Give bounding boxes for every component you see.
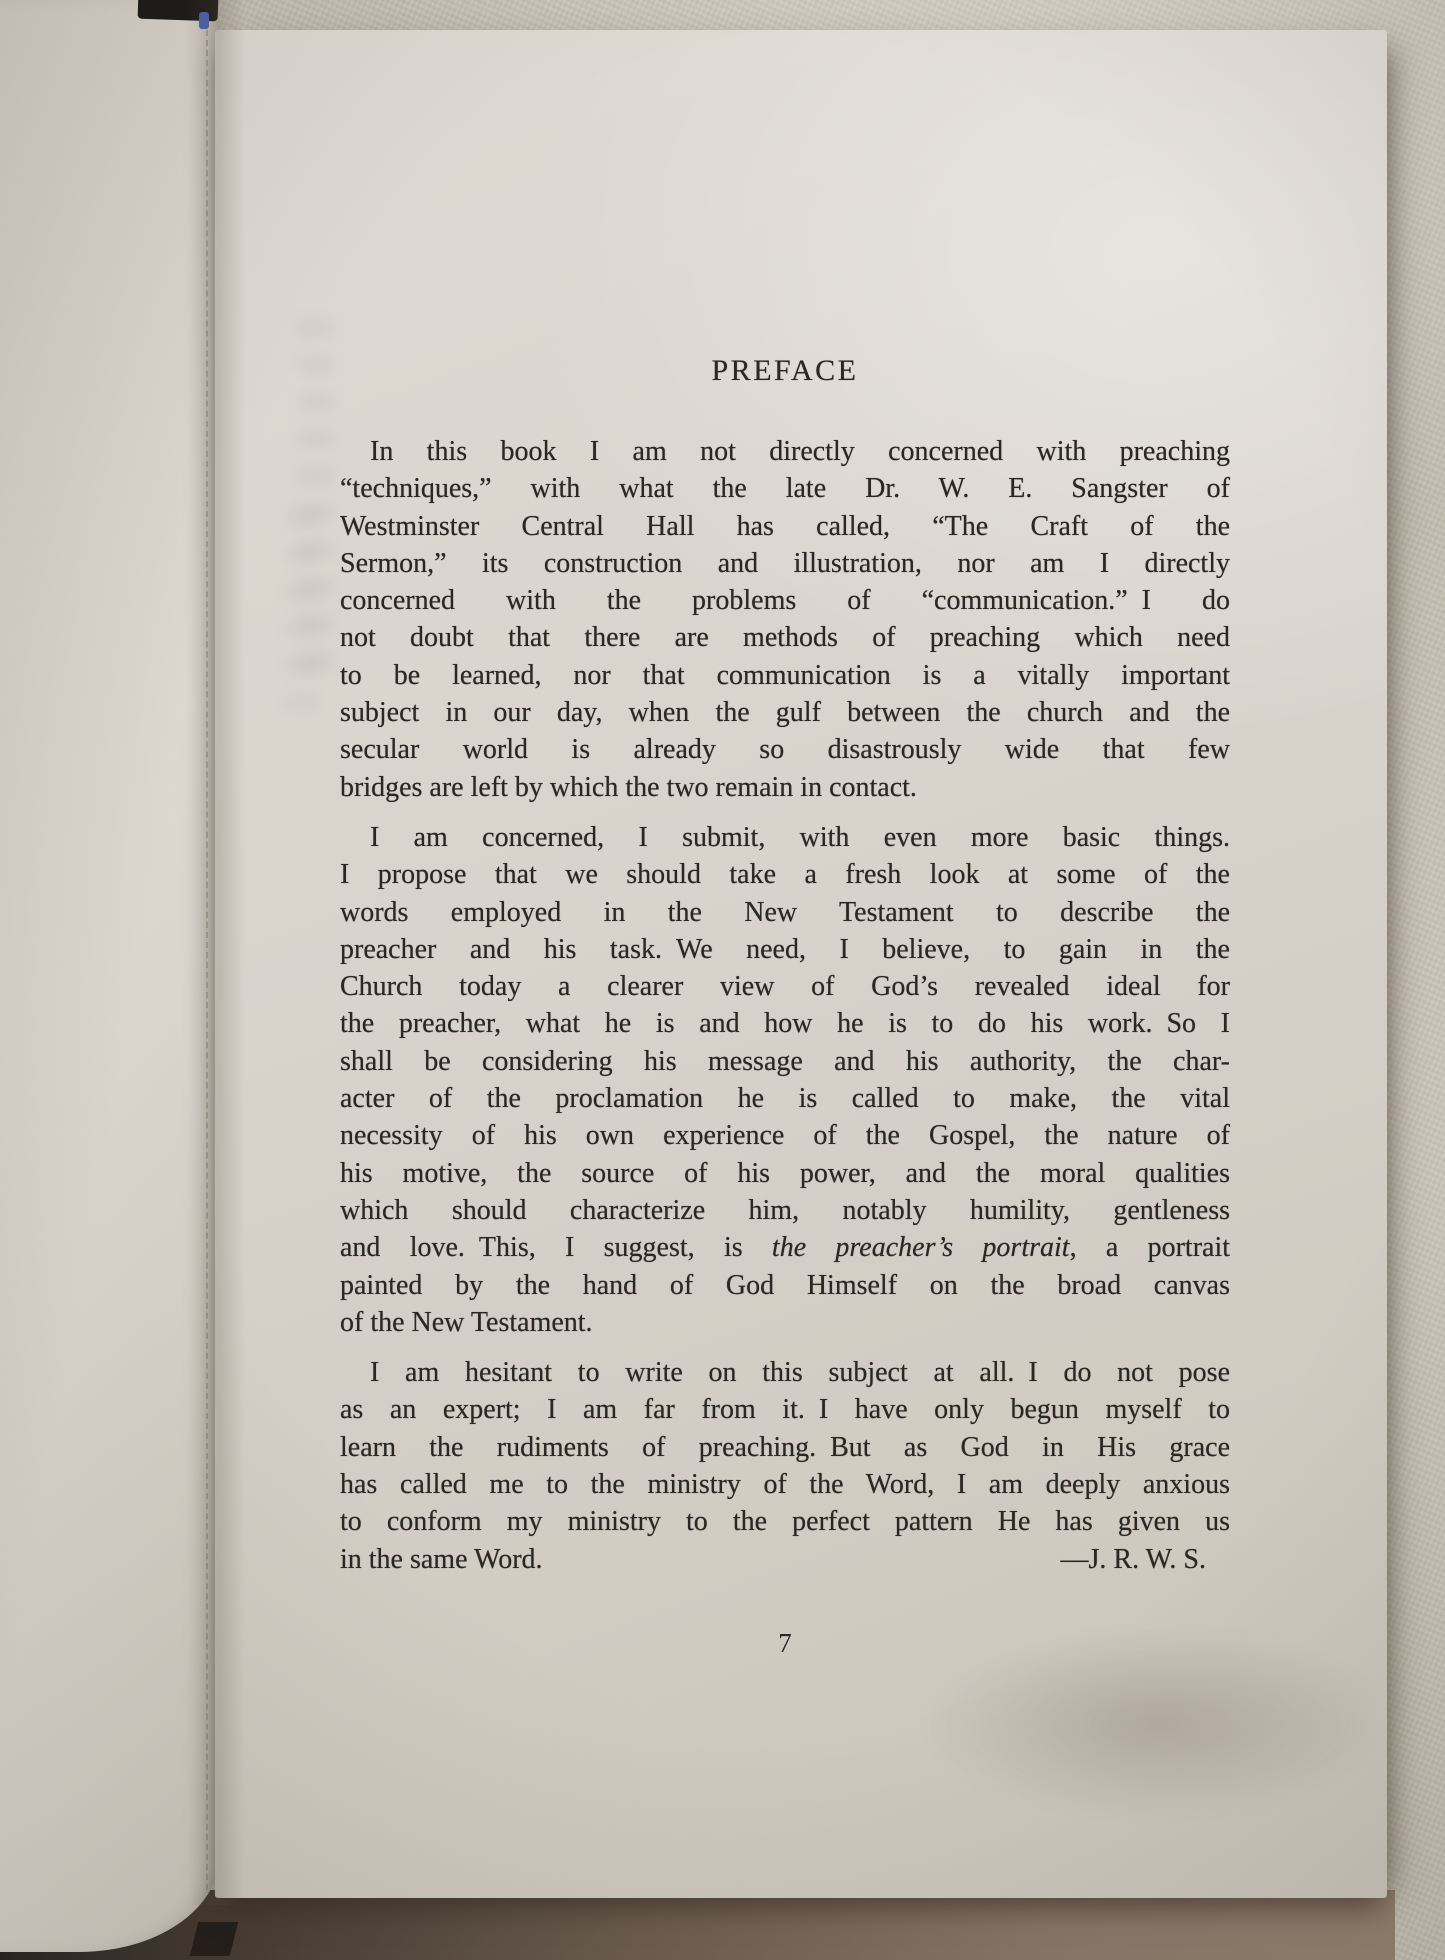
text-segment: which should characterize him, notably h… — [340, 1195, 1230, 1226]
text-line: learn the rudiments of preaching. But as… — [340, 1429, 1230, 1466]
text-segment: acter of the proclamation he is called t… — [340, 1083, 1230, 1114]
italic-phrase: the preacher’s portrait — [772, 1232, 1070, 1263]
text-segment: as an expert; I am far from it. I have o… — [340, 1394, 1230, 1425]
text-segment: necessity of his own experience of the G… — [340, 1120, 1230, 1151]
text-segment: painted by the hand of God Himself on th… — [340, 1270, 1230, 1301]
text-segment: and love. This, I suggest, is — [340, 1232, 772, 1263]
text-line: to conform my ministry to the perfect pa… — [340, 1503, 1230, 1540]
text-segment: I am hesitant to write on this subject a… — [370, 1357, 1230, 1388]
text-line: as an expert; I am far from it. I have o… — [340, 1391, 1230, 1428]
paragraph: I am concerned, I submit, with even more… — [340, 819, 1230, 1341]
text-segment: words employed in the New Testament to d… — [340, 897, 1230, 928]
headband-blue-speck — [199, 12, 209, 29]
text-line: Church today a clearer view of God’s rev… — [340, 968, 1230, 1005]
preface-text: In this book I am not directly concerned… — [340, 433, 1230, 1578]
text-segment: preacher and his task. We need, I believ… — [340, 934, 1230, 965]
text-line: acter of the proclamation he is called t… — [340, 1080, 1230, 1117]
text-line: necessity of his own experience of the G… — [340, 1117, 1230, 1154]
text-line: of the New Testament. — [340, 1304, 1230, 1341]
text-line: secular world is already so disastrously… — [340, 731, 1230, 768]
text-segment: Church today a clearer view of God’s rev… — [340, 971, 1230, 1002]
text-segment: bridges are left by which the two remain… — [340, 772, 917, 803]
text-line: Westminster Central Hall has called, “Th… — [340, 508, 1230, 545]
author-initials: —J. R. W. S. — [1061, 1541, 1207, 1578]
text-line: subject in our day, when the gulf betwee… — [340, 694, 1230, 731]
text-line: I am concerned, I submit, with even more… — [340, 819, 1230, 856]
paragraph: I am hesitant to write on this subject a… — [340, 1354, 1230, 1578]
text-segment: , a portrait — [1070, 1232, 1230, 1263]
text-line: shall be considering his message and his… — [340, 1043, 1230, 1080]
scene: PREFACE In this book I am not directly c… — [0, 0, 1445, 1960]
text-segment: has called me to the ministry of the Wor… — [340, 1469, 1230, 1500]
binding-stitches — [206, 30, 208, 1890]
text-line: his motive, the source of his power, and… — [340, 1155, 1230, 1192]
text-block: PREFACE In this book I am not directly c… — [340, 30, 1230, 1898]
text-line: and love. This, I suggest, is the preach… — [340, 1229, 1230, 1266]
text-line: I am hesitant to write on this subject a… — [340, 1354, 1230, 1391]
text-segment: not doubt that there are methods of prea… — [340, 622, 1230, 653]
page-title: PREFACE — [340, 30, 1230, 390]
text-line: bridges are left by which the two remain… — [340, 769, 1230, 806]
text-line: the preacher, what he is and how he is t… — [340, 1005, 1230, 1042]
text-segment: I am concerned, I submit, with even more… — [370, 822, 1230, 853]
text-segment: I propose that we should take a fresh lo… — [340, 859, 1230, 890]
text-segment: secular world is already so disastrously… — [340, 734, 1230, 765]
text-line: which should characterize him, notably h… — [340, 1192, 1230, 1229]
text-line: —J. R. W. S.in the same Word. — [340, 1541, 1230, 1578]
text-line: I propose that we should take a fresh lo… — [340, 856, 1230, 893]
text-line: concerned with the problems of “communic… — [340, 582, 1230, 619]
text-segment: in the same Word. — [340, 1544, 543, 1575]
book-board-corner — [190, 1922, 238, 1956]
text-line: preacher and his task. We need, I believ… — [340, 931, 1230, 968]
text-line: In this book I am not directly concerned… — [340, 433, 1230, 470]
text-segment: to be learned, nor that communication is… — [340, 660, 1230, 691]
text-segment: his motive, the source of his power, and… — [340, 1158, 1230, 1189]
text-segment: Westminster Central Hall has called, “Th… — [340, 511, 1230, 542]
text-segment: subject in our day, when the gulf betwee… — [340, 697, 1230, 728]
text-line: “techniques,” with what the late Dr. W. … — [340, 470, 1230, 507]
book-page: PREFACE In this book I am not directly c… — [215, 30, 1387, 1898]
text-segment: the preacher, what he is and how he is t… — [340, 1008, 1230, 1039]
text-line: has called me to the ministry of the Wor… — [340, 1466, 1230, 1503]
paragraph: In this book I am not directly concerned… — [340, 433, 1230, 806]
text-segment: to conform my ministry to the perfect pa… — [340, 1506, 1230, 1537]
text-segment: “techniques,” with what the late Dr. W. … — [340, 473, 1230, 504]
text-segment: learn the rudiments of preaching. But as… — [340, 1432, 1230, 1463]
reverse-print-show-through — [285, 510, 319, 710]
reverse-print-show-through — [299, 320, 333, 680]
text-line: painted by the hand of God Himself on th… — [340, 1267, 1230, 1304]
text-segment: of the New Testament. — [340, 1307, 593, 1338]
text-segment: In this book I am not directly concerned… — [370, 436, 1230, 467]
text-line: to be learned, nor that communication is… — [340, 657, 1230, 694]
facing-page-edge — [0, 0, 219, 1952]
text-line: not doubt that there are methods of prea… — [340, 619, 1230, 656]
text-segment: concerned with the problems of “communic… — [340, 585, 1230, 616]
book-photo: { "book_page": { "title": "PREFACE", "pa… — [0, 0, 1445, 1960]
text-segment: Sermon,” its construction and illustrati… — [340, 548, 1230, 579]
text-segment: shall be considering his message and his… — [340, 1046, 1230, 1077]
text-line: Sermon,” its construction and illustrati… — [340, 545, 1230, 582]
page-number: 7 — [340, 1628, 1230, 1659]
text-line: words employed in the New Testament to d… — [340, 894, 1230, 931]
